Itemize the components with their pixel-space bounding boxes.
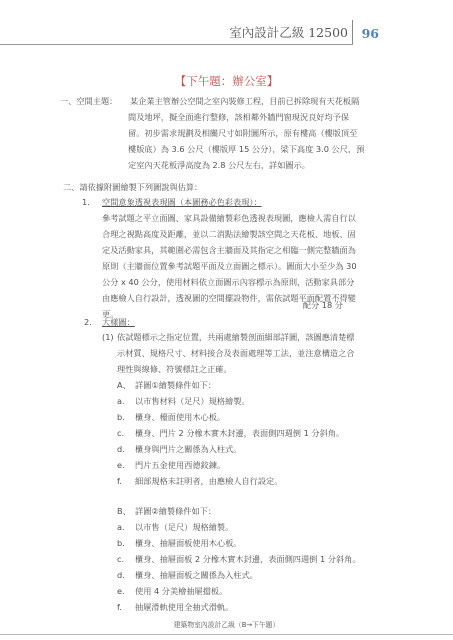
detailB-label: B、	[117, 505, 131, 518]
detailB-key: e.	[117, 585, 125, 598]
detailA-key: b.	[117, 411, 125, 424]
detailA-key: a.	[117, 395, 125, 408]
sub1-line: 理性與線條、符號標註之正確。	[117, 363, 232, 376]
section1-line: 間及地坪，擬全面進行整修，該相鄰外牆門窗現況良好均予保	[128, 111, 349, 124]
page-footer: 建築物室內設計乙級（B→下午題）	[0, 619, 453, 629]
detailB-title: 詳圖②繪製條件如下：	[135, 505, 216, 518]
detailA-title: 詳圖①繪製條件如下：	[135, 379, 216, 392]
detailB-key: a.	[117, 521, 125, 534]
section1-label: 一、空間主題：	[60, 95, 117, 108]
section1-line: 定室內天花板淨高度為 2.8 公尺左右，詳如圖示。	[128, 159, 310, 172]
item1-line: 原則（主牆面位置參考試題平面及立面圖之標示）。圖面大小至少為 30	[102, 260, 357, 273]
item2-number: 2.	[84, 316, 92, 329]
item1-title: 空間意象透視表現圖（本圖務必色彩表現）：	[102, 196, 262, 209]
item1-line: 定及活動家具，其範圍必需包含主牆面及其指定之相臨一側完整牆面為	[102, 244, 356, 257]
section1-line: 留。初步需求規劃及相關尺寸如附圖所示，原有樓高（樓版頂至	[128, 127, 357, 140]
detailA-item: 櫃身、檯面使用木心板。	[135, 411, 225, 424]
detailB-key: c.	[117, 553, 124, 566]
detailB-key: d.	[117, 569, 125, 582]
detailA-key: e.	[117, 459, 125, 472]
detailB-item: 使用 4 分美檜抽屜擋板。	[135, 585, 227, 598]
header-title: 室內設計乙級 12500	[229, 23, 352, 44]
detailA-item: 門片五金使用西德鉸鍊。	[135, 459, 225, 472]
page-header: 室內設計乙級 12500 96	[0, 20, 353, 45]
detailB-item: 以市售（足尺）規格繪製。	[135, 521, 233, 534]
page-number: 96	[362, 26, 379, 41]
item1-line: 合理之視點高度及距離，並以二消點法繪製該空間之天花板、地板、固	[102, 228, 356, 241]
header-divider	[352, 20, 353, 44]
item1-line: 參考試題之平立面圖、家具設備繪製彩色透視表現圖，應檢人需自行以	[102, 212, 356, 225]
bottom-divider	[0, 634, 453, 635]
section1-line: 某企業主管辦公空間之室內裝修工程，目前已拆除現有天花板隔	[130, 95, 359, 108]
item1-line: 公分 x 40 公分，使用材料依立面圖示內容標示為原則，活動家具部分	[102, 276, 354, 289]
detailA-key: f.	[117, 475, 122, 488]
section2-label: 二、請依據附圖繪製下列圖說與估算：	[63, 181, 202, 194]
detailA-key: d.	[117, 443, 125, 456]
detailA-item: 櫃身與門片之關係為入柱式。	[135, 443, 241, 456]
item2-title: 大樣圖：	[102, 316, 135, 329]
detailB-key: f.	[117, 601, 122, 614]
sub1-line: 示材質、規格尺寸、材料接合及表面處理等工法，並注意構造之合	[117, 347, 354, 360]
item1-number: 1.	[82, 196, 90, 209]
sub1-line: 依試題標示之指定位置，共兩處繪製剖面細部詳圖，該圖應清楚標	[117, 331, 354, 344]
detailB-item: 櫃身、抽屜面板 2 分橡木實木封邊，表面側四週倒 1 分斜角。	[135, 553, 361, 566]
detailA-key: c.	[117, 427, 124, 440]
detailA-label: A、	[117, 379, 131, 392]
document-title: 【下午題：辦公室】	[0, 73, 453, 89]
detailA-item: 櫃身、門片 2 分橡木實木封邊，表面側四週倒 1 分斜角。	[135, 427, 344, 440]
detailB-item: 櫃身、抽屜面板之關係為入柱式。	[135, 569, 258, 582]
section1-line: 樓版底）為 3.6 公尺（樓版厚 15 公分），梁下高度 3.0 公尺，預	[128, 143, 364, 156]
detailB-item: 抽屜滑軌使用全抽式滑軌。	[135, 601, 233, 614]
detailB-key: b.	[117, 537, 125, 550]
detailA-item: 以市售材料（足尺）規格繪製。	[135, 395, 250, 408]
item1-score: 配分 18 分	[303, 299, 343, 312]
detailB-item: 櫃身、抽屜面板使用木心板。	[135, 537, 241, 550]
sub1-number: (1)	[102, 331, 114, 344]
detailA-item: 細部規格未註明者，由應檢人自行設定。	[135, 475, 282, 488]
